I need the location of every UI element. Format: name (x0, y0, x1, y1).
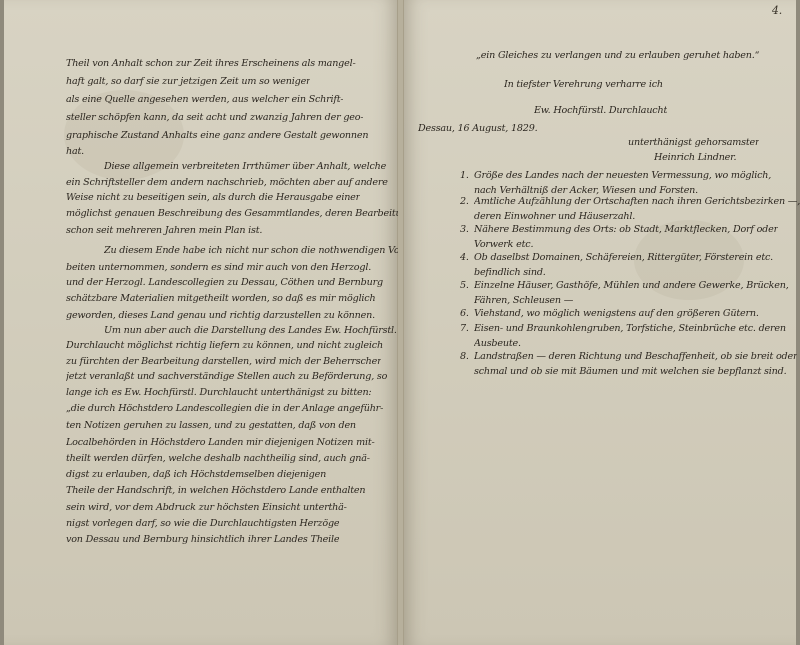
manuscript-line: theilt werden dürfen, welche deshalb nac… (66, 453, 370, 464)
list-item-text: befindlich sind. (474, 267, 546, 278)
right-page: 4. „ein Gleiches zu verlangen und zu erl… (403, 0, 796, 645)
manuscript-line: graphische Zustand Anhalts eine ganz and… (66, 130, 368, 141)
left-page: Theil von Anhalt schon zur Zeit ihres Er… (4, 0, 398, 645)
manuscript-line: zu fürchten der Bearbeitung darstellen, … (66, 356, 381, 367)
manuscript-line: Theil von Anhalt schon zur Zeit ihres Er… (66, 58, 356, 69)
manuscript-line: haft galt, so darf sie zur jetzigen Zeit… (66, 76, 310, 87)
manuscript-line: hat. (66, 146, 84, 157)
manuscript-line: Zu diesem Ende habe ich nicht nur schon … (104, 245, 417, 256)
manuscript-line: Weise nicht zu beseitigen sein, als durc… (66, 192, 360, 203)
list-number: 1. (460, 170, 469, 181)
closing-line: „ein Gleiches zu verlangen und zu erlaub… (476, 50, 759, 61)
manuscript-line: geworden, dieses Land genau und richtig … (66, 310, 375, 321)
list-number: 6. (460, 308, 469, 319)
address-line: Ew. Hochfürstl. Durchlaucht (534, 105, 667, 116)
manuscript-line: digst zu erlauben, daß ich Höchstdemselb… (66, 469, 326, 480)
manuscript-line: „die durch Höchstdero Landescollegien di… (66, 403, 383, 414)
manuscript-line: als eine Quelle angesehen werden, aus we… (66, 94, 343, 105)
manuscript-spread: Theil von Anhalt schon zur Zeit ihres Er… (0, 0, 800, 645)
list-item-text: Vorwerk etc. (474, 239, 533, 250)
manuscript-line: schon seit mehreren Jahren mein Plan ist… (66, 225, 262, 236)
salutation-line: In tiefster Verehrung verharre ich (504, 79, 663, 90)
list-item-text: Ob daselbst Domainen, Schäfereien, Ritte… (474, 252, 773, 263)
list-item-text: Viehstand, wo möglich wenigstens auf den… (474, 308, 759, 319)
list-number: 4. (460, 252, 469, 263)
manuscript-line: nigst vorlegen darf, so wie die Durchlau… (66, 518, 339, 529)
manuscript-line: beiten unternommen, sondern es sind mir … (66, 262, 371, 273)
list-number: 8. (460, 351, 469, 362)
list-item-text: Eisen- und Braunkohlengruben, Torfstiche… (474, 323, 786, 334)
manuscript-line: möglichst genauen Beschreibung des Gesam… (66, 208, 413, 219)
manuscript-line: ten Notizen geruhen zu lassen, und zu ge… (66, 420, 356, 431)
list-item-text: Einzelne Häuser, Gasthöfe, Mühlen und an… (474, 280, 789, 291)
list-item-text: Fähren, Schleusen — (474, 295, 573, 306)
list-item-text: nach Verhältniß der Acker, Wiesen und Fo… (474, 185, 698, 196)
manuscript-line: ein Schriftsteller dem andern nachschrie… (66, 177, 388, 188)
manuscript-line: Durchlaucht möglichst richtig liefern zu… (66, 340, 383, 351)
list-item-text: Amtliche Aufzählung der Ortschaften nach… (474, 196, 800, 207)
manuscript-line: schätzbare Materialien mitgetheilt worde… (66, 293, 375, 304)
list-number: 3. (460, 224, 469, 235)
list-number: 5. (460, 280, 469, 291)
manuscript-line: von Dessau und Bernburg hinsichtlich ihr… (66, 534, 339, 545)
list-item-text: schmal und ob sie mit Bäumen und mit wel… (474, 366, 786, 377)
manuscript-line: steller schöpfen kann, da seit acht und … (66, 112, 363, 123)
manuscript-line: und der Herzogl. Landescollegien zu Dess… (66, 277, 383, 288)
list-item-text: Landstraßen — deren Richtung und Beschaf… (474, 351, 797, 362)
list-item-text: deren Einwohner und Häuserzahl. (474, 211, 635, 222)
list-item-text: Größe des Landes nach der neuesten Verme… (474, 170, 771, 181)
signature-title: unterthänigst gehorsamster (628, 137, 759, 148)
manuscript-line: jetzt veranlaßt und sachverständige Stel… (66, 371, 387, 382)
signature-name: Heinrich Lindner. (654, 152, 736, 163)
manuscript-line: sein wird, vor dem Abdruck zur höchsten … (66, 502, 347, 513)
date-line: Dessau, 16 August, 1829. (418, 123, 537, 134)
manuscript-line: Diese allgemein verbreiteten Irrthümer ü… (104, 161, 386, 172)
manuscript-line: Localbehörden in Höchstdero Landen mir d… (66, 437, 375, 448)
list-item-text: Nähere Bestimmung des Orts: ob Stadt, Ma… (474, 224, 778, 235)
manuscript-line: Um nun aber auch die Darstellung des Lan… (104, 325, 397, 336)
list-item-text: Ausbeute. (474, 338, 521, 349)
manuscript-line: Theile der Handschrift, in welchen Höchs… (66, 485, 365, 496)
list-number: 2. (460, 196, 469, 207)
list-number: 7. (460, 323, 469, 334)
manuscript-line: lange ich es Ew. Hochfürstl. Durchlaucht… (66, 387, 371, 398)
folio-number: 4. (772, 4, 782, 17)
